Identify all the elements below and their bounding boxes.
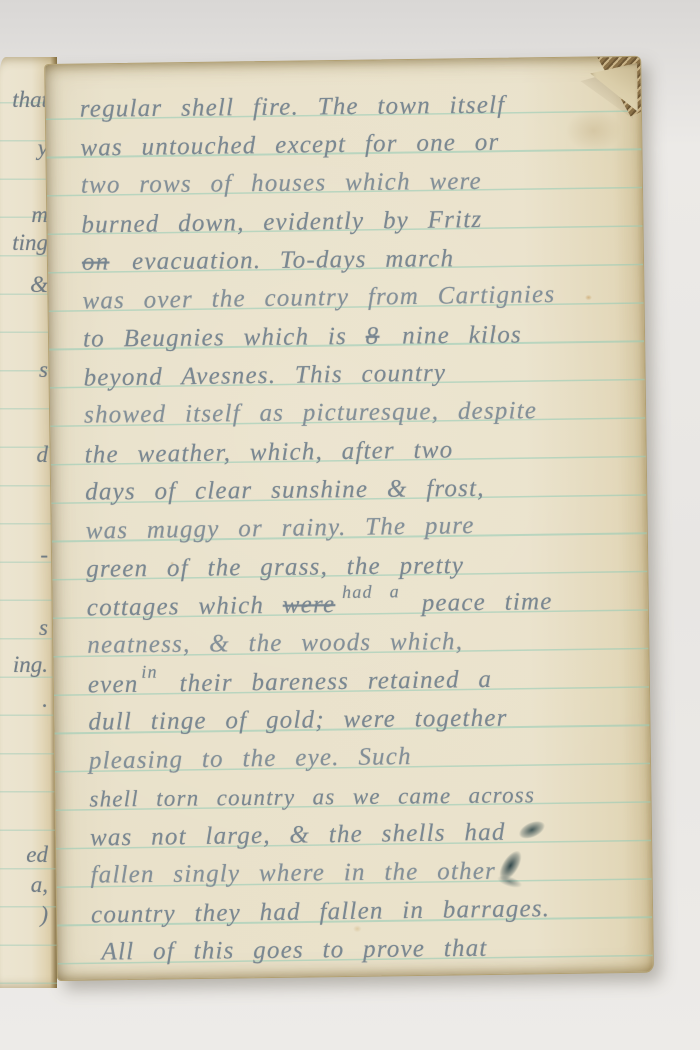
notebook-page: regular shell fire. The town itself was … [44, 56, 654, 981]
previous-page-text-fragment: d [37, 442, 49, 468]
handwriting-line: was muggy or rainy. The pure [85, 506, 474, 551]
previous-page-text-fragment: s [39, 357, 48, 383]
handwritten-text: regular shell fire. The town itself was … [45, 57, 653, 980]
handwriting-line: neatness, & the woods which, [87, 622, 463, 666]
scanned-notebook-background: that y m ting & s d - s ing. . ed a, ) r… [0, 0, 700, 1050]
previous-page-text-fragment: & [30, 272, 48, 298]
previous-page-text-fragment: . [42, 687, 48, 713]
handwriting-line: fallen singly where in the other [90, 852, 496, 896]
handwriting-line: to Beugnies which is 8 nine kilos [83, 315, 522, 359]
previous-page-text-fragment: that [12, 87, 48, 113]
handwriting-line: cottages which werehad a peace time [87, 582, 553, 628]
handwriting-line: showed itself as picturesque, despite [84, 391, 537, 435]
handwriting-line: pleasing to the eye. Such [89, 737, 412, 782]
handwriting-line: was over the country from Cartignies [82, 275, 555, 322]
previous-page-text-fragment: ting [12, 230, 48, 256]
handwriting-line: All of this goes to prove that [101, 929, 487, 973]
previous-page-text-fragment: ing. [13, 652, 48, 678]
previous-page-text-fragment: a, [31, 872, 48, 898]
handwriting-line: two rows of houses which were [81, 162, 482, 206]
previous-page-text-fragment: s [39, 615, 48, 641]
previous-page-text-fragment: ed [26, 842, 48, 868]
previous-page-text-fragment: - [40, 542, 48, 568]
handwriting-line: dull tinge of gold; were together [88, 699, 508, 743]
previous-page-text-fragment: ) [40, 902, 48, 928]
